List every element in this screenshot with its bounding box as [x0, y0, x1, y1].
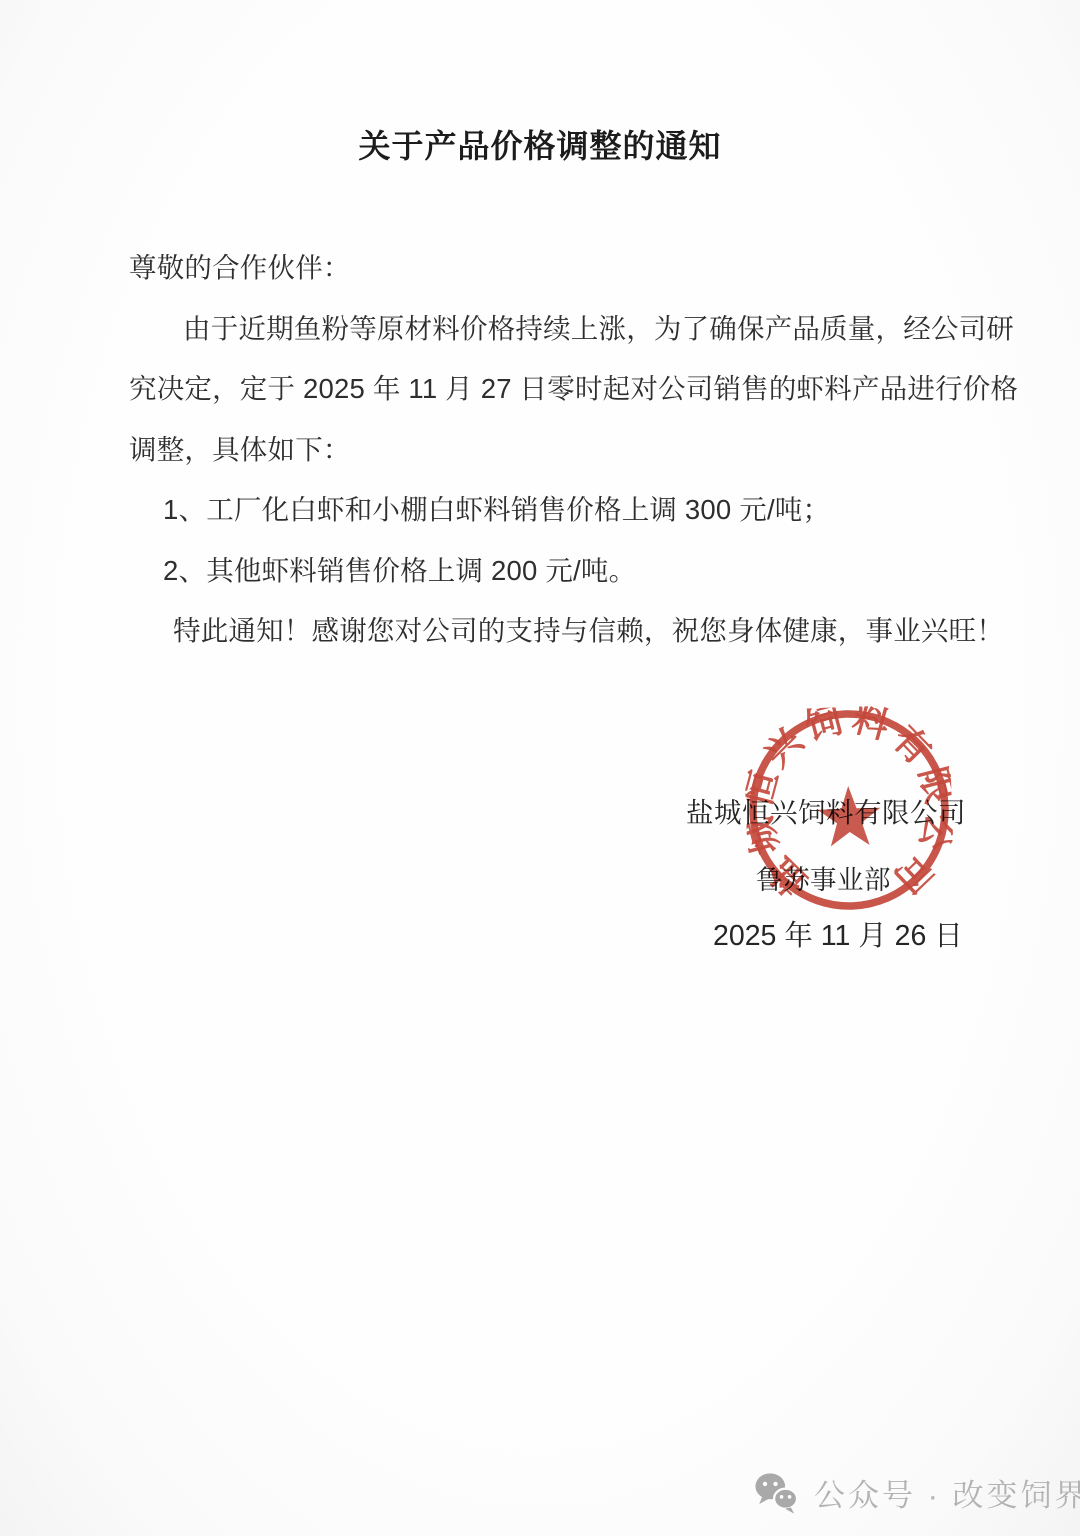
wechat-icon	[752, 1471, 800, 1515]
seal-star-icon	[817, 785, 882, 847]
document-body: 尊敬的合作伙伴： 由于近期鱼粉等原材料价格持续上涨，为了确保产品质量，经公司研 …	[129, 238, 961, 662]
body-line-2: 究决定，定于 2025 年 11 月 27 日零时起对公司销售的虾料产品进行价格	[129, 359, 961, 420]
company-seal-stamp: 盐城恒兴饲料有限公司	[742, 703, 955, 916]
closing-line: 特此通知！感谢您对公司的支持与信赖，祝您身体健康，事业兴旺！	[129, 601, 961, 662]
salutation: 尊敬的合作伙伴：	[129, 238, 961, 299]
signature-date: 2025 年 11 月 26 日	[713, 913, 963, 954]
list-item-1: 1、工厂化白虾和小棚白虾料销售价格上调 300 元/吨；	[129, 480, 961, 541]
footer-account-label: 公众号 · 改变饲界	[814, 1470, 1080, 1515]
body-line-3: 调整，具体如下：	[129, 420, 961, 481]
footer: 公众号 · 改变饲界	[752, 1470, 1080, 1515]
page-title: 关于产品价格调整的通知	[0, 121, 1080, 167]
notice-document: 关于产品价格调整的通知 尊敬的合作伙伴： 由于近期鱼粉等原材料价格持续上涨，为了…	[0, 0, 1080, 1536]
body-line-1: 由于近期鱼粉等原材料价格持续上涨，为了确保产品质量，经公司研	[129, 299, 961, 360]
list-item-2: 2、其他虾料销售价格上调 200 元/吨。	[129, 541, 961, 602]
